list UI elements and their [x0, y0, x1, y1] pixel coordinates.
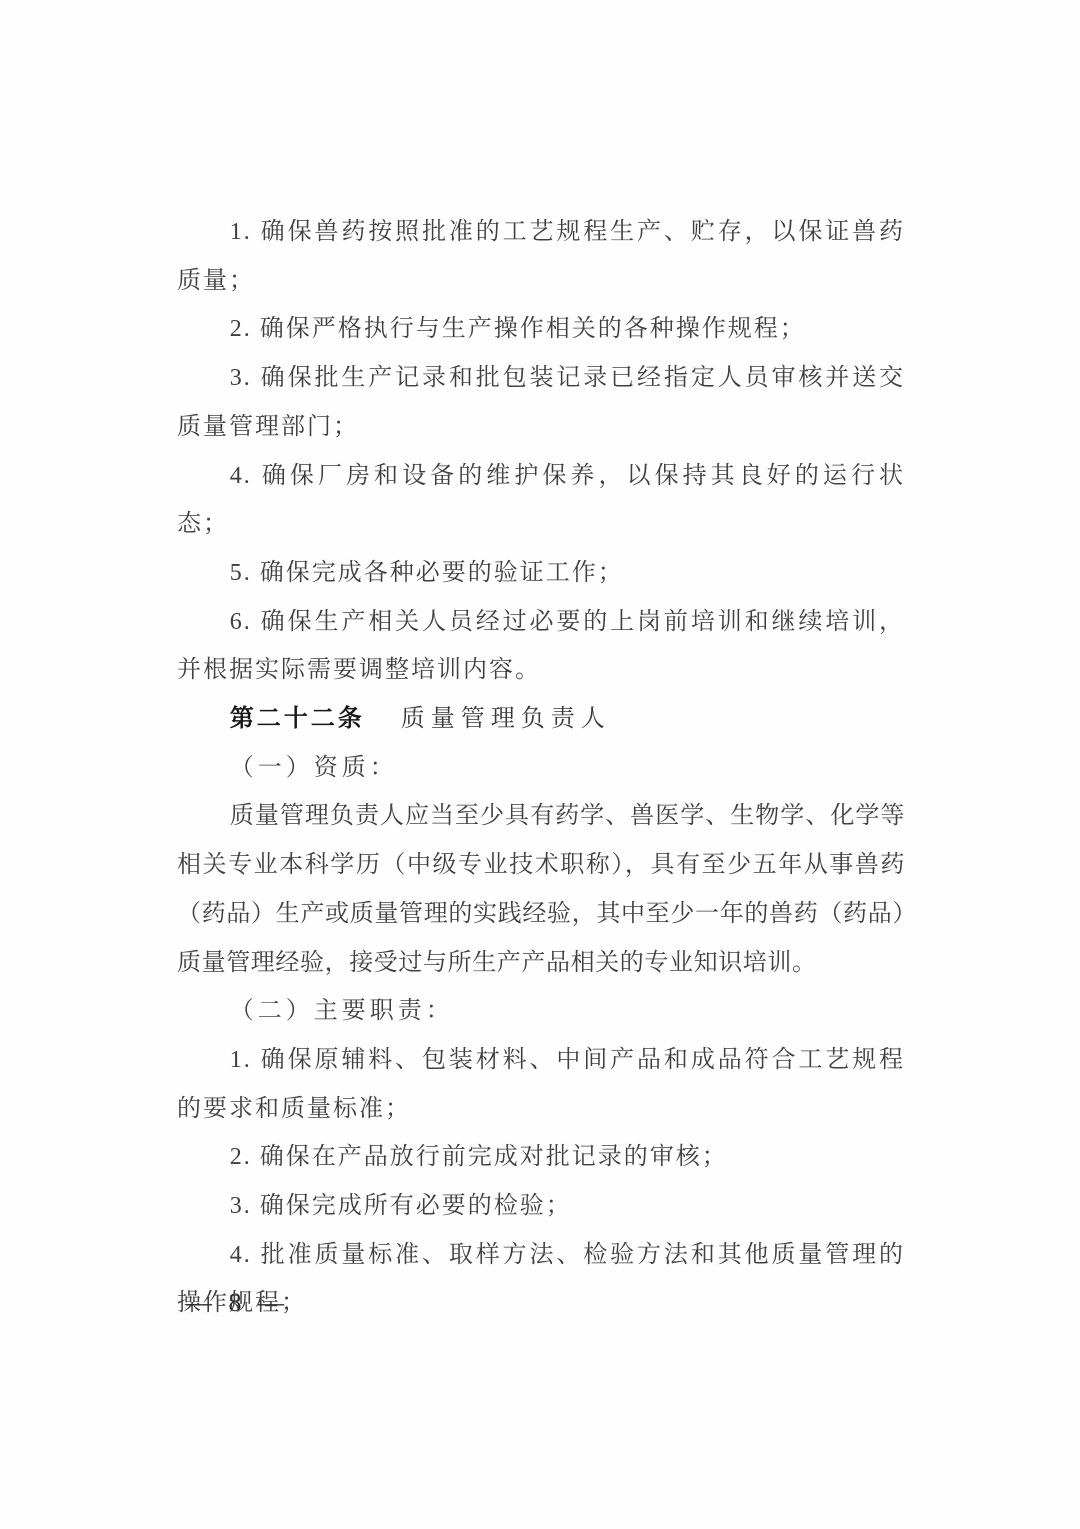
document-page: 1. 确保兽药按照批准的工艺规程生产、贮存，以保证兽药质量； 2. 确保严格执行…	[0, 0, 1080, 1529]
article-title: 质量管理负责人	[401, 706, 611, 732]
qm-duty-item-2: 2. 确保在产品放行前完成对批记录的审核；	[177, 1133, 905, 1182]
production-duty-item-4: 4. 确保厂房和设备的维护保养，以保持其良好的运行状态；	[177, 452, 905, 549]
production-duty-item-5: 5. 确保完成各种必要的验证工作；	[177, 549, 905, 598]
article-heading: 第二十二条质量管理负责人	[177, 695, 905, 744]
duties-heading: （二）主要职责：	[177, 987, 905, 1036]
article-number: 第二十二条	[230, 706, 365, 732]
page-number: — 8 —	[186, 1288, 289, 1317]
qm-duty-item-1: 1. 确保原辅料、包装材料、中间产品和成品符合工艺规程的要求和质量标准；	[177, 1036, 905, 1133]
document-body: 1. 确保兽药按照批准的工艺规程生产、贮存，以保证兽药质量； 2. 确保严格执行…	[177, 208, 905, 1328]
qualification-heading: （一）资质：	[177, 744, 905, 793]
page-footer: — 8 —	[186, 1288, 289, 1318]
production-duty-item-2: 2. 确保严格执行与生产操作相关的各种操作规程；	[177, 305, 905, 354]
production-duty-item-6: 6. 确保生产相关人员经过必要的上岗前培训和继续培训，并根据实际需要调整培训内容…	[177, 598, 905, 695]
production-duty-item-3: 3. 确保批生产记录和批包装记录已经指定人员审核并送交质量管理部门；	[177, 354, 905, 451]
production-duty-item-1: 1. 确保兽药按照批准的工艺规程生产、贮存，以保证兽药质量；	[177, 208, 905, 305]
qualification-text: 质量管理负责人应当至少具有药学、兽医学、生物学、化学等相关专业本科学历（中级专业…	[177, 792, 905, 987]
qm-duty-item-3: 3. 确保完成所有必要的检验；	[177, 1182, 905, 1231]
